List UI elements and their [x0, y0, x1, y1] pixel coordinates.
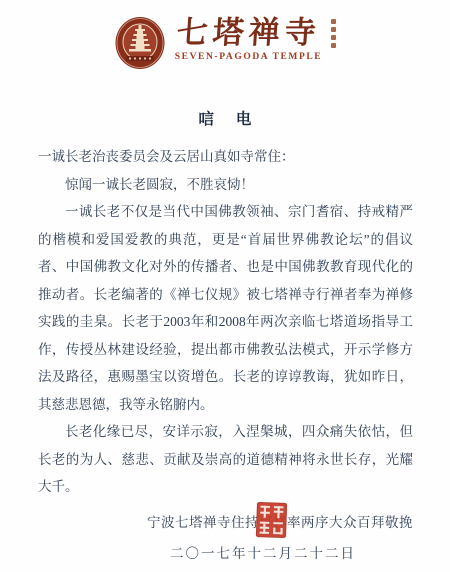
condolence-letter-page: 七塔禅寺 SEVEN-PAGODA TEMPLE 唁 电 一诚长老治丧委员会及云… — [0, 0, 450, 572]
pagoda-seal-icon — [114, 16, 166, 70]
letter-body: 一诚长老治丧委员会及云居山真如寺常住： 惊闻一诚长老圆寂，不胜哀恸！ 一诚长老不… — [38, 143, 413, 501]
paragraph-3: 长老化缘已尽，安详示寂，入涅槃城，四众痛失依怙，但长老的为人、慈悲、贡献及崇高的… — [38, 418, 413, 501]
salutation: 一诚长老治丧委员会及云居山真如寺常住： — [38, 143, 413, 171]
calligrapher-inscription-marks — [331, 19, 336, 48]
paragraph-1: 惊闻一诚长老圆寂，不胜哀恸！ — [38, 171, 413, 199]
signature-prefix: 宁波七塔禅寺住持 — [147, 515, 259, 530]
letterhead: 七塔禅寺 SEVEN-PAGODA TEMPLE — [0, 15, 450, 70]
temple-name-calligraphy: 七塔禅寺 — [173, 15, 323, 51]
date-line: 二〇一七年十二月二十二日 — [0, 542, 356, 562]
temple-name-english: SEVEN-PAGODA TEMPLE — [175, 52, 323, 62]
abbot-name: 可祥 — [259, 511, 287, 531]
document-title: 唁 电 — [0, 107, 450, 129]
temple-name-block: 七塔禅寺 SEVEN-PAGODA TEMPLE — [175, 15, 323, 62]
paragraph-2: 一诚长老不仅是当代中国佛教领袖、宗门耆宿、持戒精严的楷模和爱国爱教的典范，更是“… — [38, 198, 413, 418]
signature-line: 宁波七塔禅寺住持可祥 率两 — [0, 511, 413, 531]
signature-suffix: 率两序大众百拜敬挽 — [287, 515, 413, 530]
